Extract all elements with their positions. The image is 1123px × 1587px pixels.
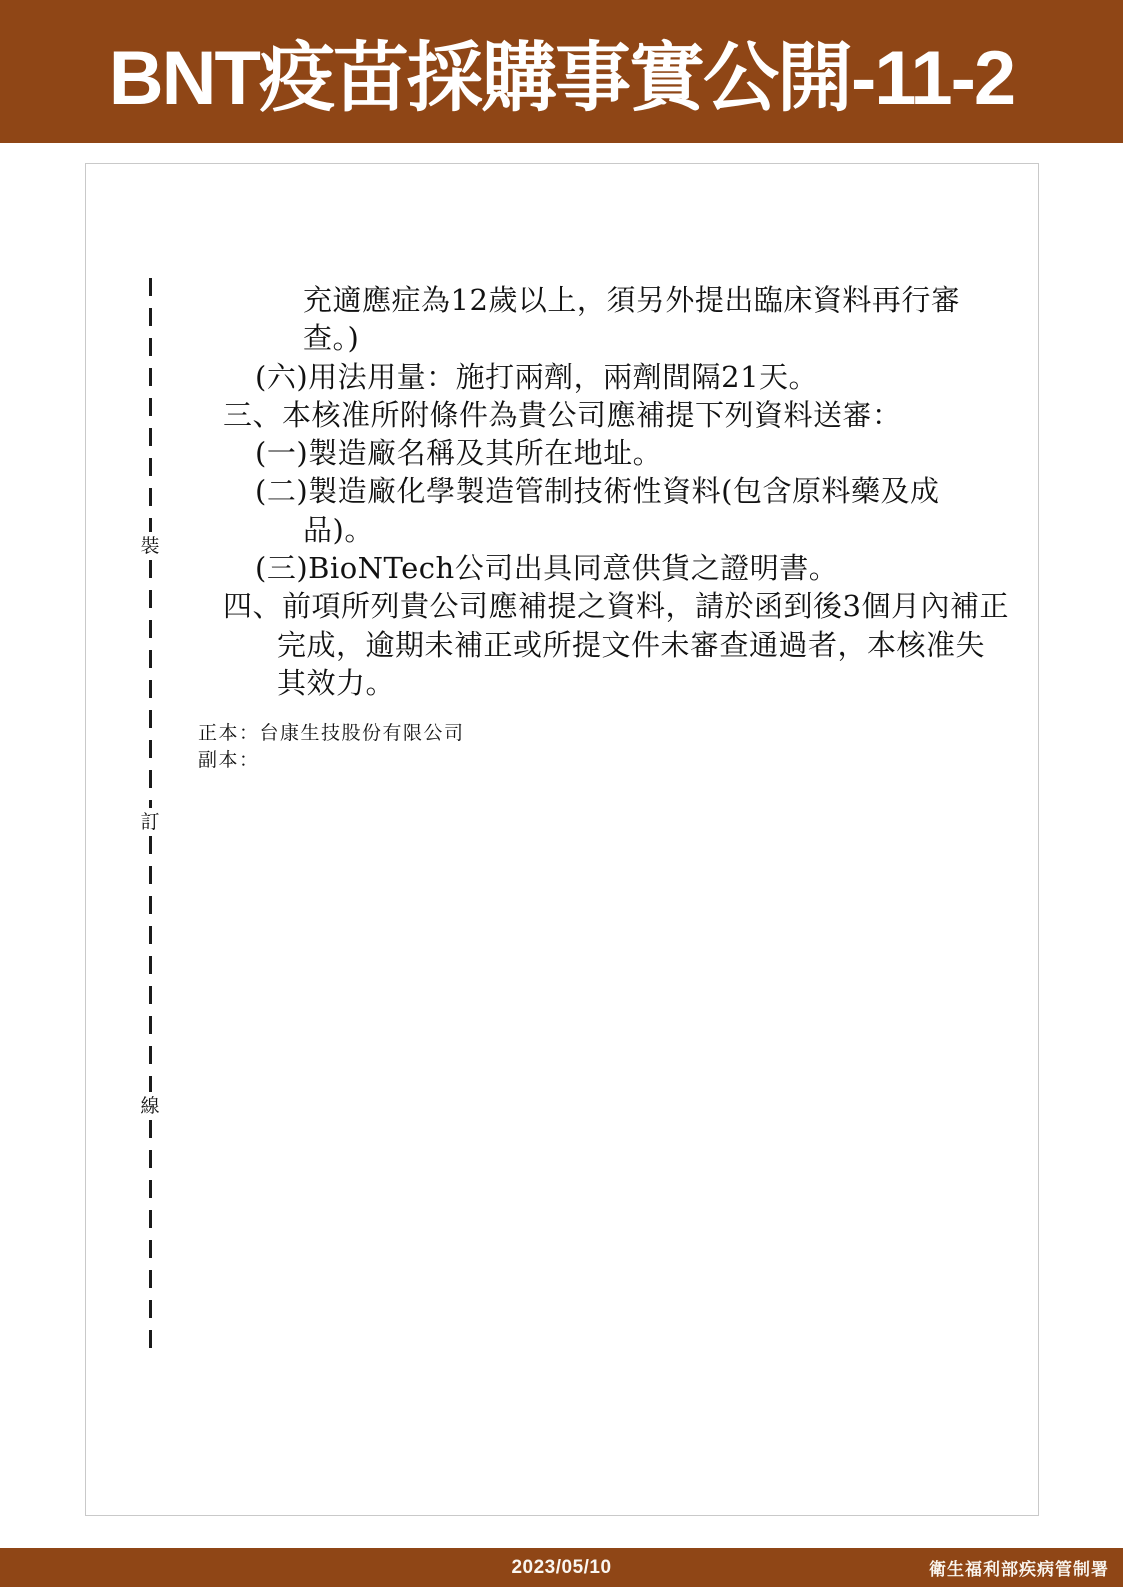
binding-label-ding: 訂	[140, 808, 159, 836]
document-line: 四、前項所列貴公司應補提之資料，請於函到後3個月內補正	[223, 587, 986, 625]
document-line: 完成，逾期未補正或所提文件未審查通過者，本核准失	[277, 626, 986, 664]
document-line: (三)BioNTech公司出具同意供貨之證明書。	[255, 549, 986, 587]
binding-dash-segment	[149, 836, 152, 1092]
binding-dash-segment	[149, 1120, 152, 1358]
footer-date: 2023/05/10	[511, 1557, 611, 1579]
header-banner: BNT疫苗採購事實公開-11-2	[0, 0, 1123, 143]
original-copy-label: 正本：	[198, 722, 260, 744]
document-line: (六)用法用量：施打兩劑，兩劑間隔21天。	[255, 358, 986, 396]
cc-copy-line: 副本：	[198, 747, 465, 774]
footer-bar: 2023/05/10 衛生福利部疾病管制署	[0, 1548, 1123, 1587]
screenshot-root: BNT疫苗採購事實公開-11-2 裝 訂 線 充適應症為12歲以上，須另外提出臨…	[0, 0, 1123, 1587]
document-text: 充適應症為12歲以上，須另外提出臨床資料再行審 查。) (六)用法用量：施打兩劑…	[86, 281, 986, 702]
cc-copy-label: 副本：	[198, 749, 260, 771]
page-title: BNT疫苗採購事實公開-11-2	[109, 17, 1014, 126]
original-copy-value: 台康生技股份有限公司	[260, 722, 465, 744]
document-line: 查。)	[303, 319, 986, 357]
document-line: 品)。	[303, 511, 986, 549]
document-line: 其效力。	[277, 664, 986, 702]
binding-label-xian: 線	[140, 1092, 159, 1120]
copies-block: 正本：台康生技股份有限公司 副本：	[198, 720, 465, 774]
original-copy-line: 正本：台康生技股份有限公司	[198, 720, 465, 747]
document-line: (二)製造廠化學製造管制技術性資料(包含原料藥及成	[255, 472, 986, 510]
document-line: 三、本核准所附條件為貴公司應補提下列資料送審：	[223, 396, 986, 434]
document-line: 充適應症為12歲以上，須另外提出臨床資料再行審	[303, 281, 986, 319]
document-page: 裝 訂 線 充適應症為12歲以上，須另外提出臨床資料再行審 查。) (六)用法用…	[85, 163, 1039, 1516]
footer-agency: 衛生福利部疾病管制署	[929, 1555, 1109, 1580]
document-line: (一)製造廠名稱及其所在地址。	[255, 434, 986, 472]
